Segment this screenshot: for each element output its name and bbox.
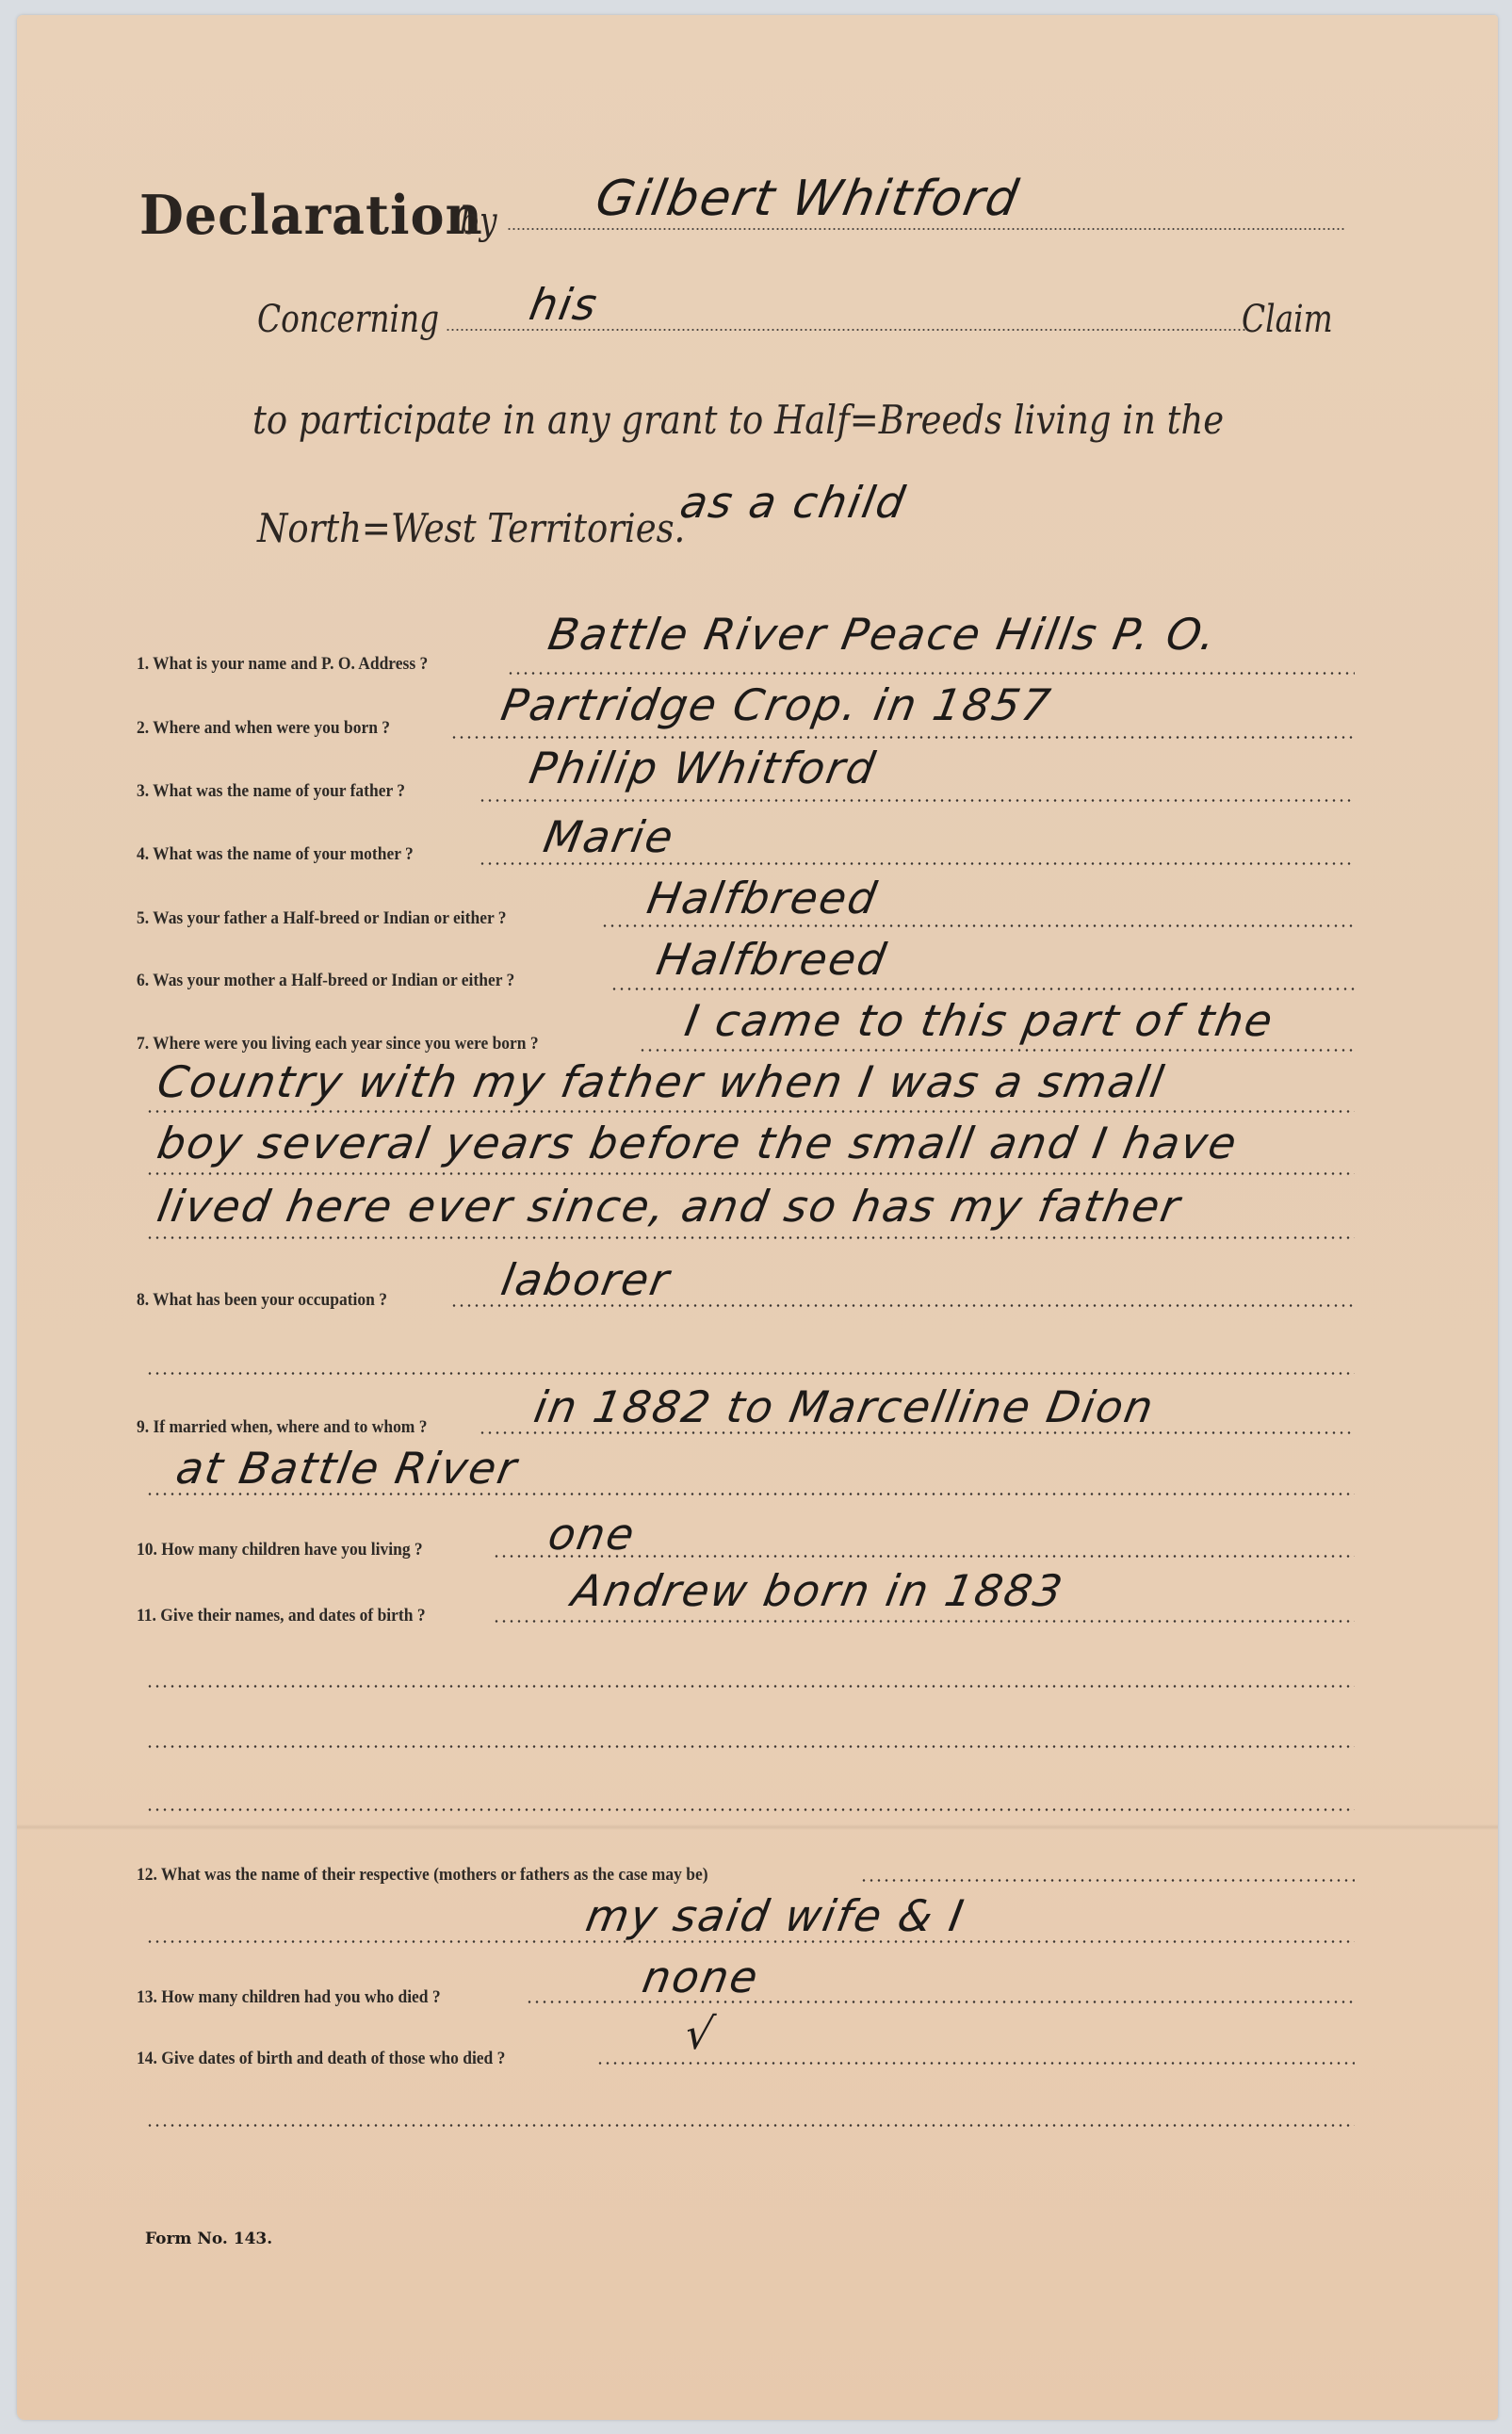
paper-fold — [17, 1824, 1498, 1830]
question-1-label: 1. What is your name and P. O. Address ? — [137, 654, 428, 675]
answer-2: Partridge Crop. in 1857 — [497, 679, 1056, 730]
question-7-label: 7. Where were you living each year since… — [137, 1034, 539, 1054]
answer-4: Marie — [540, 811, 678, 862]
question-8-label: 8. What has been your occupation ? — [137, 1290, 387, 1311]
declarant-name: Gilbert Whitford — [592, 171, 1024, 227]
answer-7-continuation-3: lived here ever since, and so has my fat… — [154, 1181, 1185, 1232]
answer-line-2 — [450, 736, 1355, 739]
question-10-label: 10. How many children have you living ? — [137, 1540, 423, 1560]
answer-12: my said wife & I — [582, 1890, 969, 1941]
heading-line-3: to participate in any grant to Half=Bree… — [252, 397, 1224, 443]
question-5-label: 5. Was your father a Half-breed or India… — [137, 908, 507, 929]
answer-line-3 — [479, 799, 1355, 802]
answer-7: I came to this part of the — [681, 995, 1278, 1046]
answer-line-7b — [146, 1110, 1355, 1113]
heading-annotation: as a child — [676, 477, 910, 528]
claim-label: Claim — [1242, 298, 1333, 341]
answer-11: Andrew born in 1883 — [568, 1565, 1067, 1616]
answer-14-checkmark: √ — [681, 2008, 720, 2059]
document-page: Declaration by Gilbert Whitford Concerni… — [17, 15, 1498, 2420]
question-14-label: 14. Give dates of birth and death of tho… — [137, 2049, 505, 2069]
answer-line-11c — [146, 1745, 1355, 1748]
question-13-label: 13. How many children had you who died ? — [137, 1987, 441, 2008]
question-6-label: 6. Was your mother a Half-breed or India… — [137, 971, 514, 991]
answer-line-7 — [639, 1049, 1355, 1052]
answer-line-1 — [507, 672, 1355, 675]
answer-9: in 1882 to Marcelline Dion — [530, 1381, 1159, 1432]
answer-5: Halfbreed — [643, 873, 882, 923]
form-number: Form No. 143. — [145, 2230, 272, 2248]
answer-6: Halfbreed — [653, 934, 891, 985]
answer-8: laborer — [497, 1254, 675, 1305]
by-label: by — [460, 200, 497, 243]
answer-13: none — [639, 1952, 763, 2002]
answer-line-12 — [860, 1879, 1355, 1882]
answer-line-11b — [146, 1685, 1355, 1688]
question-4-label: 4. What was the name of your mother ? — [137, 844, 414, 865]
answer-9-continuation-1: at Battle River — [172, 1443, 522, 1494]
heading-line-4: North=West Territories. — [257, 505, 685, 551]
answer-line-5 — [601, 924, 1355, 927]
answer-line-14 — [596, 2062, 1355, 2065]
answer-line-14b — [146, 2124, 1355, 2127]
answer-3: Philip Whitford — [526, 743, 880, 793]
answer-line-6 — [610, 988, 1355, 990]
declarant-line — [507, 228, 1345, 230]
question-9-label: 9. If married when, where and to whom ? — [137, 1417, 427, 1438]
answer-line-11 — [493, 1620, 1355, 1623]
answer-line-11d — [146, 1808, 1355, 1811]
answer-line-7d — [146, 1236, 1355, 1239]
answer-1: Battle River Peace Hills P. O. — [545, 609, 1221, 660]
question-3-label: 3. What was the name of your father ? — [137, 781, 405, 802]
question-2-label: 2. Where and when were you born ? — [137, 718, 390, 739]
answer-line-8b — [146, 1372, 1355, 1375]
answer-7-continuation-2: boy several years before the small and I… — [154, 1118, 1242, 1168]
answer-7-continuation-1: Country with my father when I was a smal… — [154, 1056, 1169, 1107]
question-11-label: 11. Give their names, and dates of birth… — [137, 1606, 426, 1626]
declaration-title: Declaration — [139, 183, 483, 246]
answer-line-4 — [479, 862, 1355, 865]
concerning-value: his — [526, 279, 602, 330]
question-12-label: 12. What was the name of their respectiv… — [137, 1865, 708, 1886]
concerning-label: Concerning — [257, 298, 439, 341]
answer-10: one — [545, 1509, 640, 1560]
answer-line-7c — [146, 1172, 1355, 1175]
